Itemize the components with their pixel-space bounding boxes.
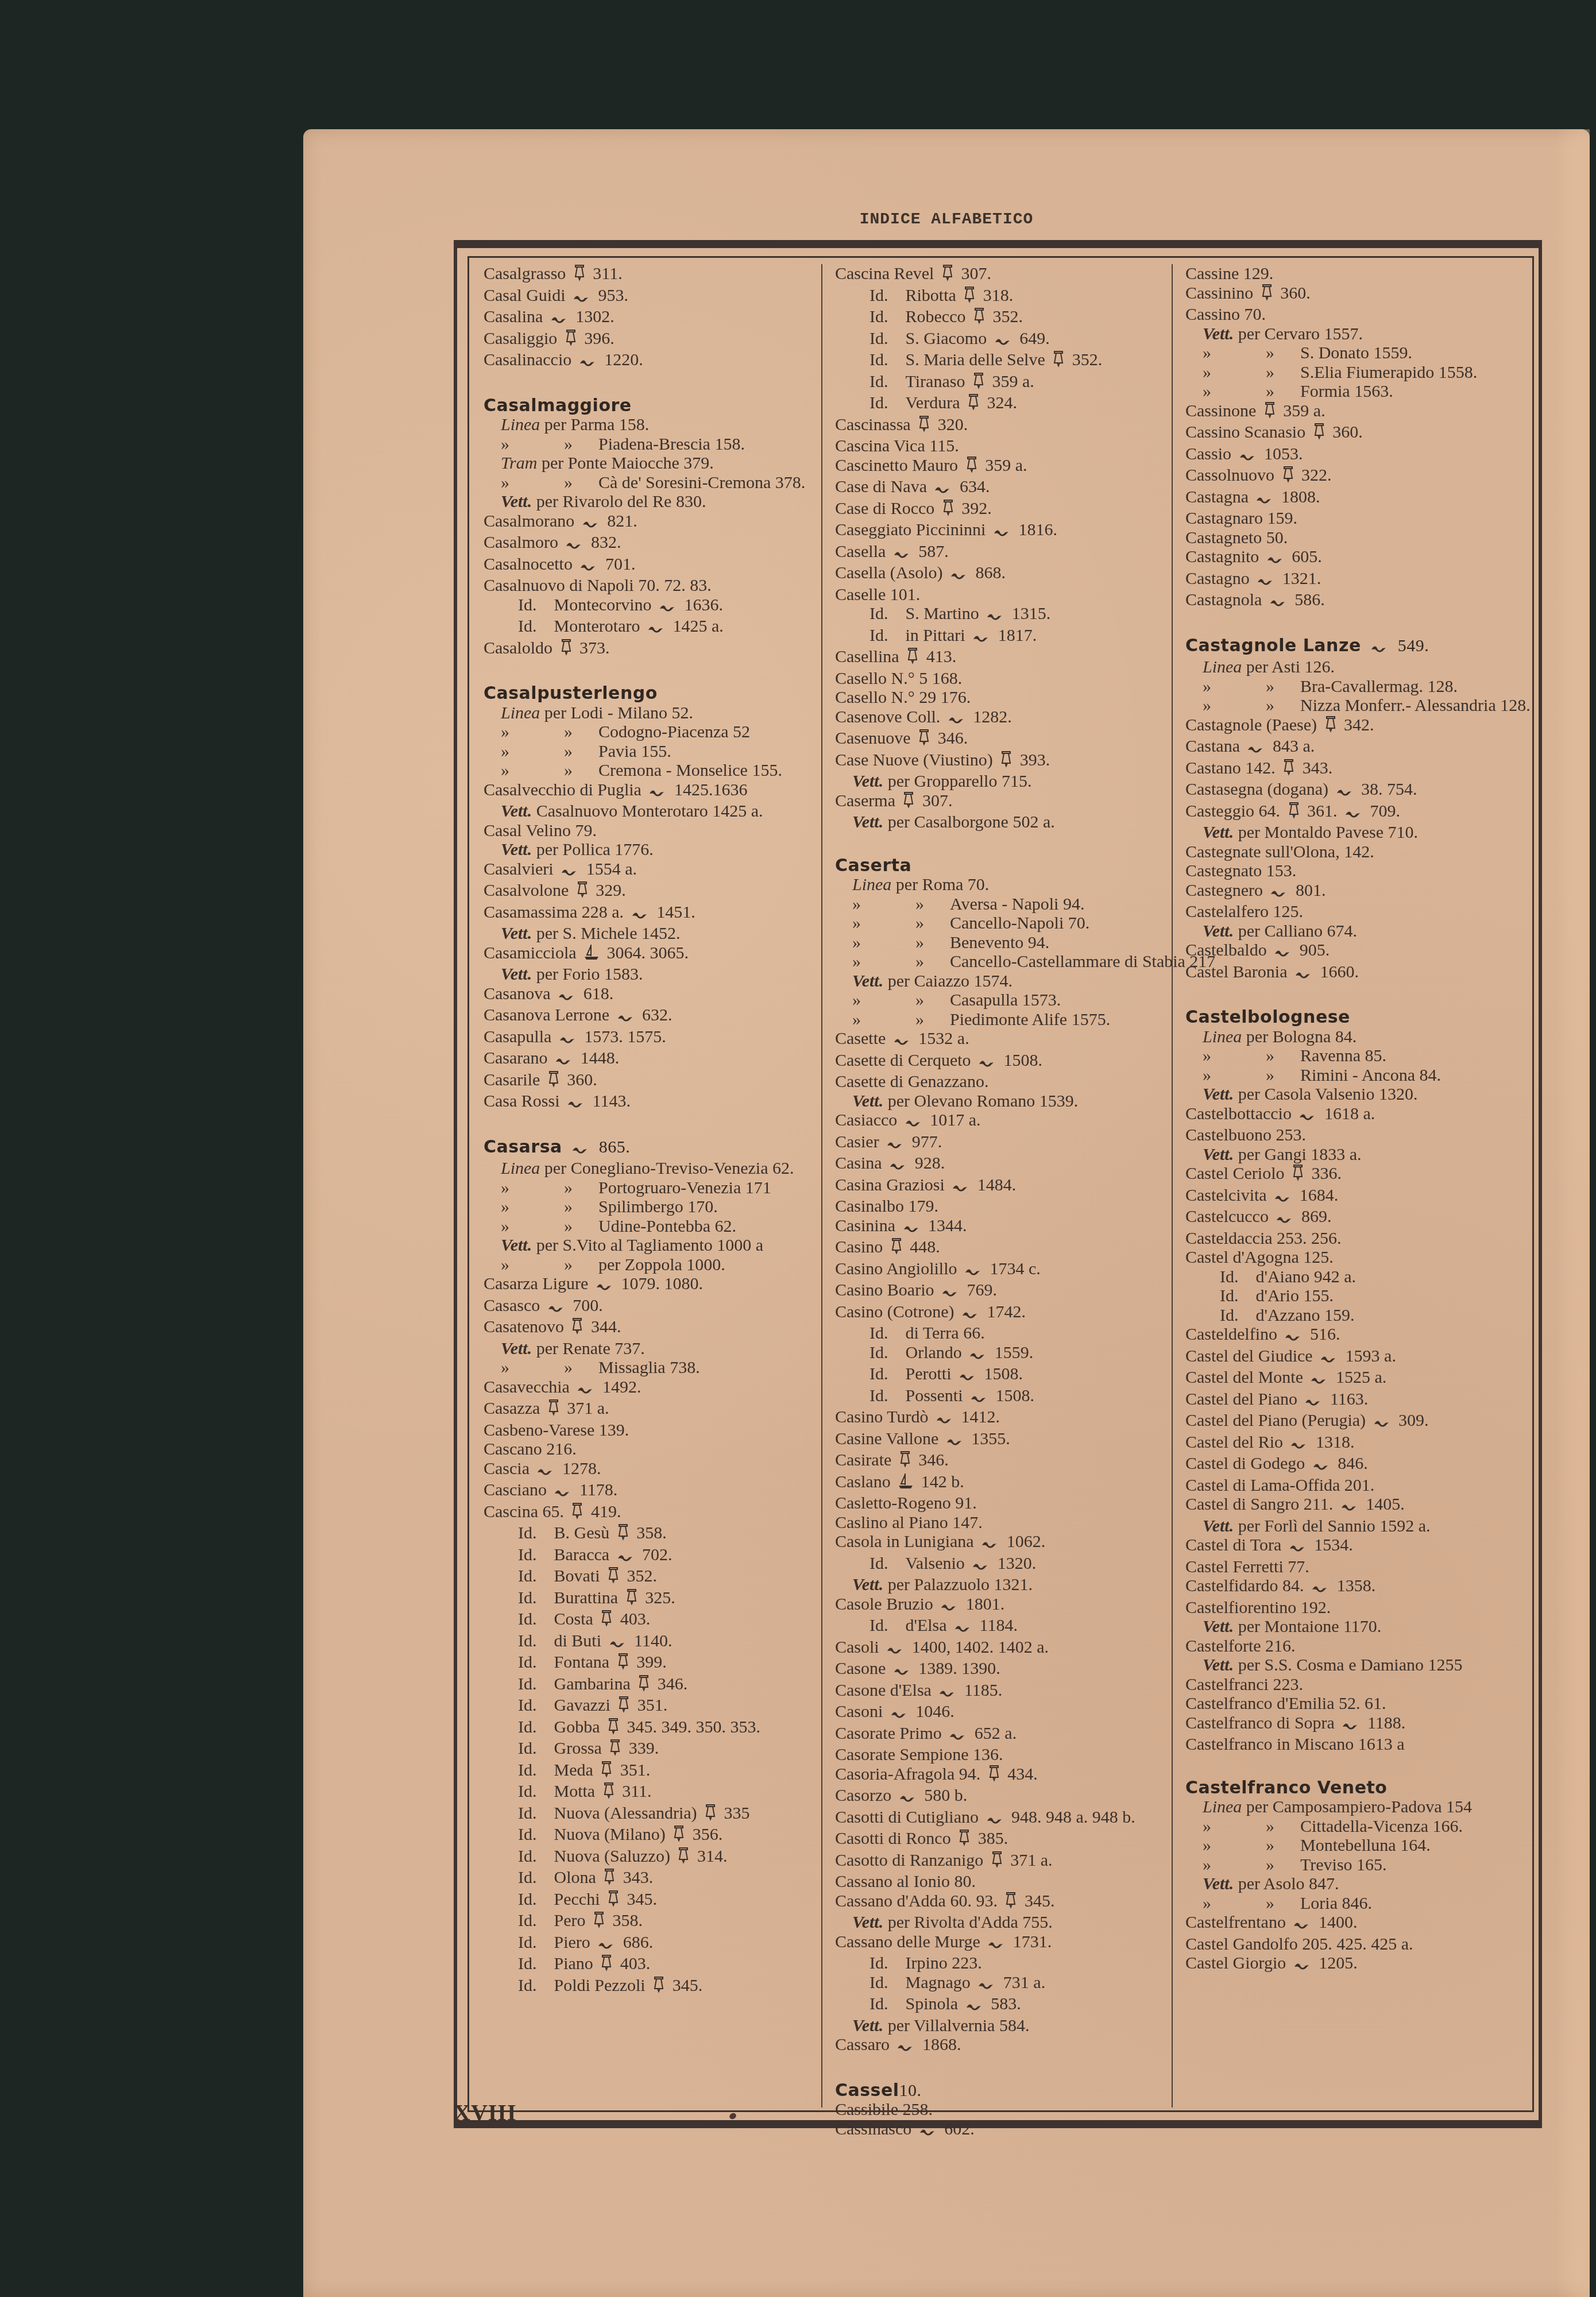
place-name: in Pittari <box>906 626 965 645</box>
index-entry: Castel Gandolfo 205. 425. 425 a. <box>1185 1935 1514 1954</box>
tram-stop-icon <box>577 881 588 903</box>
page-refs: 345. <box>627 1890 657 1909</box>
place-name: Castelfidardo 84. <box>1185 1576 1304 1595</box>
destination: per Forlì del Sannio 1592 a. <box>1238 1517 1431 1536</box>
place-name: Cascano 216. <box>484 1440 577 1459</box>
index-entry: Cassio 1053. <box>1185 444 1514 466</box>
place-name: Fontana <box>554 1653 610 1672</box>
carriage-icon <box>979 1053 996 1073</box>
index-entry: Casavecchia 1492. <box>484 1378 813 1399</box>
carriage-icon <box>577 1380 594 1399</box>
service-type: Linea <box>501 703 544 722</box>
connection-line: »»Cà de' Soresini-Cremona 378. <box>484 473 813 493</box>
tram-stop-icon <box>561 639 572 660</box>
place-name: Casteggio 64. <box>1185 802 1280 821</box>
page-refs: 434. <box>1007 1765 1038 1784</box>
index-entry: Id. Monterotaro 1425 a. <box>484 617 813 639</box>
index-entry: Id. B. Gesù 358. <box>484 1523 813 1545</box>
page-refs: 1731. <box>1013 1932 1052 1951</box>
ditto-mark: » <box>1266 1066 1300 1085</box>
index-entry: Castelfranco d'Emilia 52. 61. <box>1185 1694 1514 1714</box>
carriage-icon <box>887 1640 904 1660</box>
tram-stop-icon <box>617 1523 629 1545</box>
index-entry: Id. Gavazzi 351. <box>484 1696 813 1718</box>
place-name: Meda <box>554 1761 593 1780</box>
ditto-mark: » <box>1203 1046 1266 1066</box>
index-entry: Casenuove 346. <box>835 729 1164 751</box>
page-refs: 343. <box>623 1868 654 1887</box>
connection-line: Vett. per Gropparello 715. <box>835 772 1164 791</box>
carriage-icon <box>648 619 665 639</box>
connection-line: Vett. per Palazzuolo 1321. <box>835 1575 1164 1595</box>
tram-stop-icon <box>891 1238 902 1259</box>
heading-label: Castelfranco Veneto <box>1185 1778 1387 1798</box>
carriage-icon <box>1341 1497 1358 1517</box>
index-entry: Id. Magnago 731 a. <box>835 1973 1164 1995</box>
carriage-icon <box>1320 1349 1338 1368</box>
index-entry: Id. S. Giacomo 649. <box>835 329 1164 351</box>
place-name: Casorate Primo <box>835 1724 942 1743</box>
page-refs: 1321. <box>1282 569 1321 588</box>
page-refs: 325. <box>645 1588 675 1607</box>
index-entry: Cascia 1278. <box>484 1459 813 1481</box>
page-refs: 352. <box>627 1567 658 1586</box>
connection-line: Vett. per Forio 1583. <box>484 965 813 984</box>
place-name: Casette di Cerqueto <box>835 1051 971 1070</box>
place-name: Castel di Tora <box>1185 1536 1281 1554</box>
ditto-mark: » <box>852 933 915 953</box>
index-entry: Casapulla 1573. 1575. <box>484 1027 813 1049</box>
idem-mark: Id. <box>518 1761 554 1780</box>
place-name: Castelcucco <box>1185 1207 1269 1226</box>
place-name: Castelbaldo <box>1185 941 1267 960</box>
heading-label: Casarsa <box>484 1137 562 1157</box>
index-entry: Casino Boario 769. <box>835 1281 1164 1302</box>
idem-mark: Id. <box>518 1911 554 1930</box>
destination: Casalnuovo Monterotaro 1425 a. <box>536 802 763 821</box>
index-entry: Id. Possenti 1508. <box>835 1386 1164 1408</box>
idem-mark: Id. <box>518 1696 554 1715</box>
service-type: Vett. <box>1203 1145 1238 1164</box>
place-name: Castagneto 50. <box>1185 528 1288 547</box>
destination: per Montaione 1170. <box>1238 1617 1382 1636</box>
ditto-mark: » <box>1203 1836 1266 1855</box>
carriage-icon <box>890 1156 907 1175</box>
page-refs: 346. <box>938 729 968 748</box>
index-entry: Castelalfero 125. <box>1185 902 1514 922</box>
ditto-mark: » <box>1266 1046 1300 1066</box>
place-name: Cascinetto Mauro <box>835 456 958 475</box>
destination: per Asti 126. <box>1246 658 1335 676</box>
page-refs: 1525 a. <box>1336 1368 1386 1387</box>
carriage-icon <box>566 535 583 555</box>
place-name: Casellina <box>835 647 899 666</box>
index-entry: Casotto di Ranzanigo 371 a. <box>835 1851 1164 1873</box>
idem-mark: Id. <box>518 1890 554 1909</box>
page-refs: 373. <box>579 639 610 658</box>
destination: per Calliano 674. <box>1238 922 1357 941</box>
ditto-mark: » <box>915 933 950 953</box>
place-name: Cascina Vica 115. <box>835 436 959 455</box>
place-name: Casella (Asolo) <box>835 563 942 582</box>
tram-stop-icon <box>574 264 585 286</box>
connection-line: Linea per Conegliano-Treviso-Venezia 62. <box>484 1159 813 1178</box>
page-refs: 399. <box>636 1653 667 1672</box>
page-refs: 344. <box>591 1317 621 1336</box>
index-entry: Id. Montecorvino 1636. <box>484 595 813 617</box>
carriage-icon <box>1267 550 1284 569</box>
connection-line: Vett. per Casola Valsenio 1320. <box>1185 1085 1514 1104</box>
place-name: d'Azzano 159. <box>1256 1306 1355 1325</box>
index-entry: Casteldelfino 516. <box>1185 1325 1514 1347</box>
heading-label: Casalmaggiore <box>484 396 632 416</box>
index-entry: Id. di Buti 1140. <box>484 1631 813 1653</box>
page-refs: 351. <box>637 1696 668 1715</box>
index-entry: Casirate 346. <box>835 1451 1164 1472</box>
connection-line: »»Aversa - Napoli 94. <box>835 895 1164 914</box>
index-entry: Id. Verdura 324. <box>835 393 1164 415</box>
index-entry: Casola in Lunigiana 1062. <box>835 1532 1164 1554</box>
tram-stop-icon <box>973 307 985 329</box>
place-name: Casotti di Cutigliano <box>835 1808 979 1827</box>
tram-stop-icon <box>617 1653 629 1675</box>
index-entry: Castelforte 216. <box>1185 1637 1514 1656</box>
place-name: Casciano <box>484 1480 547 1499</box>
tram-stop-icon <box>973 372 984 394</box>
page-refs: 948. 948 a. 948 b. <box>1011 1808 1135 1827</box>
place-name: Castel d'Agogna 125. <box>1185 1248 1334 1267</box>
place-name: Casino Turdò <box>835 1407 929 1426</box>
carriage-icon <box>962 1305 979 1324</box>
tram-stop-icon <box>959 1829 970 1851</box>
page-refs: 1816. <box>1018 520 1057 539</box>
index-entry: Id. di Terra 66. <box>835 1324 1164 1343</box>
index-entry: Casanova 618. <box>484 984 813 1006</box>
place-name: Nuova (Saluzzo) <box>554 1847 670 1866</box>
idem-mark: Id. <box>870 286 906 305</box>
page-refs: 846. <box>1338 1454 1368 1473</box>
idem-mark: Id. <box>518 1825 554 1844</box>
page-refs: 1163. <box>1330 1390 1368 1409</box>
carriage-icon <box>987 1810 1004 1830</box>
index-heading: Casarsa 865. <box>484 1138 813 1159</box>
place-name: Case di Nava <box>835 477 927 496</box>
service-type: Linea <box>1203 1027 1246 1046</box>
boat-icon <box>584 943 599 965</box>
index-entry: Id. Grossa 339. <box>484 1739 813 1761</box>
page-refs: 1554 a. <box>586 860 637 879</box>
page-refs: 318. <box>983 286 1014 305</box>
tram-stop-icon <box>571 1317 583 1339</box>
place-name: Casaloldo <box>484 639 552 658</box>
page-refs: 1355. <box>971 1429 1010 1448</box>
destination: per Zoppola 1000. <box>598 1255 725 1274</box>
ditto-mark: » <box>1266 677 1300 697</box>
idem-mark: Id. <box>518 1739 554 1758</box>
page-refs: 1636. <box>684 595 723 614</box>
place-name: Casoria-Afragola 94. <box>835 1765 980 1784</box>
tram-stop-icon <box>548 1399 559 1421</box>
index-entry: Castel del Rio 1318. <box>1185 1433 1514 1455</box>
page-refs: 634. <box>960 477 990 496</box>
index-entry: Castelfiorentino 192. <box>1185 1598 1514 1618</box>
ditto-mark: » <box>564 742 598 761</box>
service-type: Vett. <box>1203 324 1238 343</box>
place-name: di Terra 66. <box>906 1324 985 1343</box>
index-entry: Id. Nuova (Alessandria) 335 <box>484 1804 813 1826</box>
index-entry: Casino 448. <box>835 1238 1164 1259</box>
connection-line: »»S.Elia Fiumerapido 1558. <box>1185 363 1514 382</box>
page-refs: 1143. <box>593 1092 631 1111</box>
carriage-icon <box>894 544 911 564</box>
carriage-icon <box>1239 447 1257 466</box>
tram-stop-icon <box>918 415 930 437</box>
carriage-icon <box>949 1726 967 1746</box>
page-refs: 1534. <box>1314 1536 1353 1554</box>
index-heading: Casalpusterlengo <box>484 684 813 703</box>
connection-line: »»Rimini - Ancona 84. <box>1185 1066 1514 1085</box>
idem-mark: Id. <box>518 1954 554 1973</box>
place-name: Castegnate sull'Olona, 142. <box>1185 842 1374 861</box>
index-entry: Id. Valsenio 1320. <box>835 1554 1164 1576</box>
index-entry: Castel di Godego 846. <box>1185 1454 1514 1476</box>
place-name: Casirate <box>835 1451 891 1470</box>
destination: Portogruaro-Venezia 171 <box>598 1178 771 1197</box>
index-column-2: Cascina Revel 307.Id. Ribotta 318.Id. Ro… <box>821 264 1172 2107</box>
index-entry: Cassinone 359 a. <box>1185 401 1514 423</box>
carriage-icon <box>1270 883 1288 903</box>
index-entry: Id. Gobba 345. 349. 350. 353. <box>484 1718 813 1739</box>
page-refs: 320. <box>938 415 968 434</box>
tram-stop-icon <box>618 1696 629 1718</box>
carriage-icon <box>972 1556 990 1576</box>
page-refs: 309. <box>1398 1411 1429 1430</box>
place-name: Castelfranci 223. <box>1185 1675 1303 1694</box>
page-refs: 769. <box>967 1281 998 1300</box>
place-name: Castagnito <box>1185 547 1259 566</box>
index-entry: Castel del Piano (Perugia) 309. <box>1185 1411 1514 1433</box>
place-name: Casenove Coll. <box>835 707 940 726</box>
carriage-icon <box>1313 1456 1330 1476</box>
page-refs: 335 <box>724 1804 750 1823</box>
index-entry: Castelbuono 253. <box>1185 1126 1514 1145</box>
page-refs: 1188. <box>1367 1714 1405 1733</box>
tram-stop-icon <box>608 1718 619 1739</box>
tram-stop-icon <box>903 791 914 813</box>
place-name: Cassano d'Adda 60. 93. <box>835 1892 998 1911</box>
index-entry: Castagnola 586. <box>1185 590 1514 612</box>
carriage-icon <box>580 557 597 577</box>
place-name: Ribotta <box>906 286 956 305</box>
index-entry: Castel del Giudice 1593 a. <box>1185 1347 1514 1368</box>
place-name: Cassano delle Murge <box>835 1932 980 1951</box>
place-name: Casoni <box>835 1702 883 1721</box>
place-name: Tiranaso <box>906 372 965 391</box>
place-name: Castelbuono 253. <box>1185 1126 1306 1144</box>
destination: per Gropparello 715. <box>888 772 1032 791</box>
carriage-icon <box>1290 1435 1308 1455</box>
destination: Benevento 94. <box>950 933 1049 952</box>
page-refs: 3064. 3065. <box>607 943 689 962</box>
page-refs: 586. <box>1294 590 1325 609</box>
page-refs: 821. <box>607 512 637 531</box>
place-name: Castel Baronia <box>1185 962 1287 981</box>
carriage-icon <box>551 310 568 329</box>
carriage-icon <box>994 523 1011 542</box>
index-entry: Casoria-Afragola 94. 434. <box>835 1765 1164 1786</box>
tram-stop-icon <box>626 1588 637 1610</box>
place-name: Casette di Genazzano. <box>835 1072 988 1091</box>
service-type: Vett. <box>501 840 536 859</box>
ditto-mark: » <box>1203 382 1266 401</box>
place-name: Casatenovo <box>484 1317 564 1336</box>
ditto-mark: » <box>501 1197 564 1217</box>
index-entry: Castagneto 50. <box>1185 528 1514 548</box>
carriage-icon <box>887 1135 904 1154</box>
carriage-icon <box>537 1461 554 1481</box>
place-name: Casiacco <box>835 1111 897 1130</box>
place-name: Casalina <box>484 307 543 326</box>
service-type: Vett. <box>501 965 536 984</box>
page-refs: 1315. <box>1012 604 1051 623</box>
page-refs: 339. <box>629 1739 659 1758</box>
place-name: Cascina 65. <box>484 1502 564 1521</box>
ditto-mark: » <box>915 895 950 914</box>
carriage-icon <box>1289 1538 1307 1557</box>
place-name: Castel del Giudice <box>1185 1347 1313 1366</box>
page-refs: 1278. <box>562 1459 601 1478</box>
connection-line: Vett. per S. Michele 1452. <box>484 924 813 943</box>
place-name: Baracca <box>554 1545 610 1564</box>
page-refs: 1344. <box>928 1216 967 1235</box>
page-refs: 1046. <box>915 1702 954 1721</box>
place-name: Casal Guidi <box>484 286 566 305</box>
index-entry: Casette 1532 a. <box>835 1029 1164 1051</box>
tram-stop-icon <box>1000 751 1012 772</box>
index-entry: Casbeno-Varese 139. <box>484 1421 813 1440</box>
destination: per Lodi - Milano 52. <box>544 703 693 722</box>
carriage-icon <box>554 1483 571 1502</box>
idem-mark: Id. <box>518 1610 554 1629</box>
page-refs: 869. <box>1301 1207 1332 1226</box>
place-name: Casbeno-Varese 139. <box>484 1421 629 1440</box>
carriage-icon <box>1247 739 1265 759</box>
page-refs: 1801. <box>966 1595 1005 1614</box>
place-name: Castel del Rio <box>1185 1433 1283 1452</box>
index-entry: Castegnero 801. <box>1185 881 1514 903</box>
place-name: Castel Ferretti 77. <box>1185 1557 1309 1576</box>
connection-line: »»Missaglia 738. <box>484 1358 813 1378</box>
connection-line: »»Nizza Monferr.- Alessandria 128. <box>1185 696 1514 716</box>
destination: Cremona - Monselice 155. <box>598 761 782 780</box>
page-refs: 1318. <box>1316 1433 1355 1452</box>
connection-line: Vett. per S.S. Cosma e Damiano 1255 <box>1185 1656 1514 1675</box>
place-name: Casalgrasso <box>484 264 566 283</box>
connection-line: Vett. per Olevano Romano 1539. <box>835 1092 1164 1111</box>
index-entry: Id. Pero 358. <box>484 1911 813 1933</box>
connection-line: »»Montebelluna 164. <box>1185 1836 1514 1855</box>
carriage-icon <box>966 1997 983 2016</box>
index-entry: Casorzo 580 b. <box>835 1786 1164 1808</box>
page-refs: 1492. <box>602 1378 642 1397</box>
page-refs: 371 a. <box>1010 1851 1052 1870</box>
connection-line: »»per Zoppola 1000. <box>484 1255 813 1275</box>
ditto-mark: » <box>852 991 915 1010</box>
index-entry: Casellina 413. <box>835 647 1164 669</box>
place-name: Casone d'Elsa <box>835 1681 932 1700</box>
place-name: Casino Boario <box>835 1281 934 1300</box>
tram-stop-icon <box>988 1765 1000 1786</box>
page-refs: 1868. <box>922 2035 961 2054</box>
page-refs: 1484. <box>977 1175 1017 1194</box>
index-entry: Caserma 307. <box>835 791 1164 813</box>
index-entry: Id. Nuova (Milano) 356. <box>484 1825 813 1847</box>
carriage-icon <box>617 1548 635 1567</box>
index-entry: Castel di Lama-Offida 201. <box>1185 1476 1514 1495</box>
index-entry: Cascina 65. 419. <box>484 1502 813 1524</box>
page-refs: 549. <box>1398 636 1429 655</box>
ditto-mark: » <box>1266 1836 1300 1855</box>
place-name: Casalvieri <box>484 860 554 879</box>
index-entry: Casteldaccia 253. 256. <box>1185 1229 1514 1248</box>
place-name: Case Nuove (Viustino) <box>835 751 993 769</box>
carriage-icon <box>1294 1956 1311 1975</box>
destination: per S.S. Cosma e Damiano 1255 <box>1238 1656 1463 1675</box>
idem-mark: Id. <box>518 1976 554 1995</box>
idem-mark: Id. <box>518 1804 554 1823</box>
ditto-mark: » <box>915 914 950 933</box>
index-entry: Id. Olona 343. <box>484 1868 813 1890</box>
index-entry: Id. Meda 351. <box>484 1761 813 1782</box>
place-name: Montecorvino <box>554 595 652 614</box>
service-type: Vett. <box>1203 1517 1238 1536</box>
index-entry: Casotti di Ronco 385. <box>835 1829 1164 1851</box>
carriage-icon <box>598 1935 615 1955</box>
tram-stop-icon <box>942 499 954 521</box>
idem-mark: Id. <box>870 1343 906 1362</box>
place-name: Casella <box>835 542 886 561</box>
index-entry: Castagnaro 159. <box>1185 509 1514 528</box>
tram-stop-icon <box>907 647 918 669</box>
index-entry: Casalinaccio 1220. <box>484 350 813 372</box>
idem-mark: Id. <box>1220 1306 1256 1325</box>
index-entry: Cassino 70. <box>1185 305 1514 324</box>
page-refs: 1425 a. <box>673 617 723 636</box>
place-name: Castelbottaccio <box>1185 1104 1292 1123</box>
destination: Rimini - Ancona 84. <box>1300 1066 1441 1085</box>
service-type: Vett. <box>852 1092 888 1111</box>
carriage-icon <box>1276 1209 1293 1229</box>
carriage-icon <box>573 288 590 308</box>
carriage-icon <box>559 1030 577 1049</box>
index-entry: Casletto-Rogeno 91. <box>835 1494 1164 1513</box>
place-name: Casinina <box>835 1216 895 1235</box>
place-name: Valsenio <box>906 1554 965 1573</box>
carriage-icon <box>1374 1413 1391 1433</box>
connection-line: »»Udine-Pontebba 62. <box>484 1217 813 1236</box>
connection-line: Linea per Bologna 84. <box>1185 1027 1514 1047</box>
index-entry: Casal Guidi 953. <box>484 286 813 308</box>
carriage-icon <box>558 987 575 1006</box>
page-refs: 1532 a. <box>918 1029 969 1048</box>
index-entry: Id. Robecco 352. <box>835 307 1164 329</box>
idem-mark: Id. <box>518 1847 554 1866</box>
index-entry: Castel Giorgio 1205. <box>1185 1954 1514 1975</box>
index-entry: Casal Velino 79. <box>484 821 813 841</box>
index-entry: Casaloldo 373. <box>484 639 813 660</box>
place-name: Bovati <box>554 1567 600 1586</box>
ditto-mark: » <box>852 952 915 972</box>
